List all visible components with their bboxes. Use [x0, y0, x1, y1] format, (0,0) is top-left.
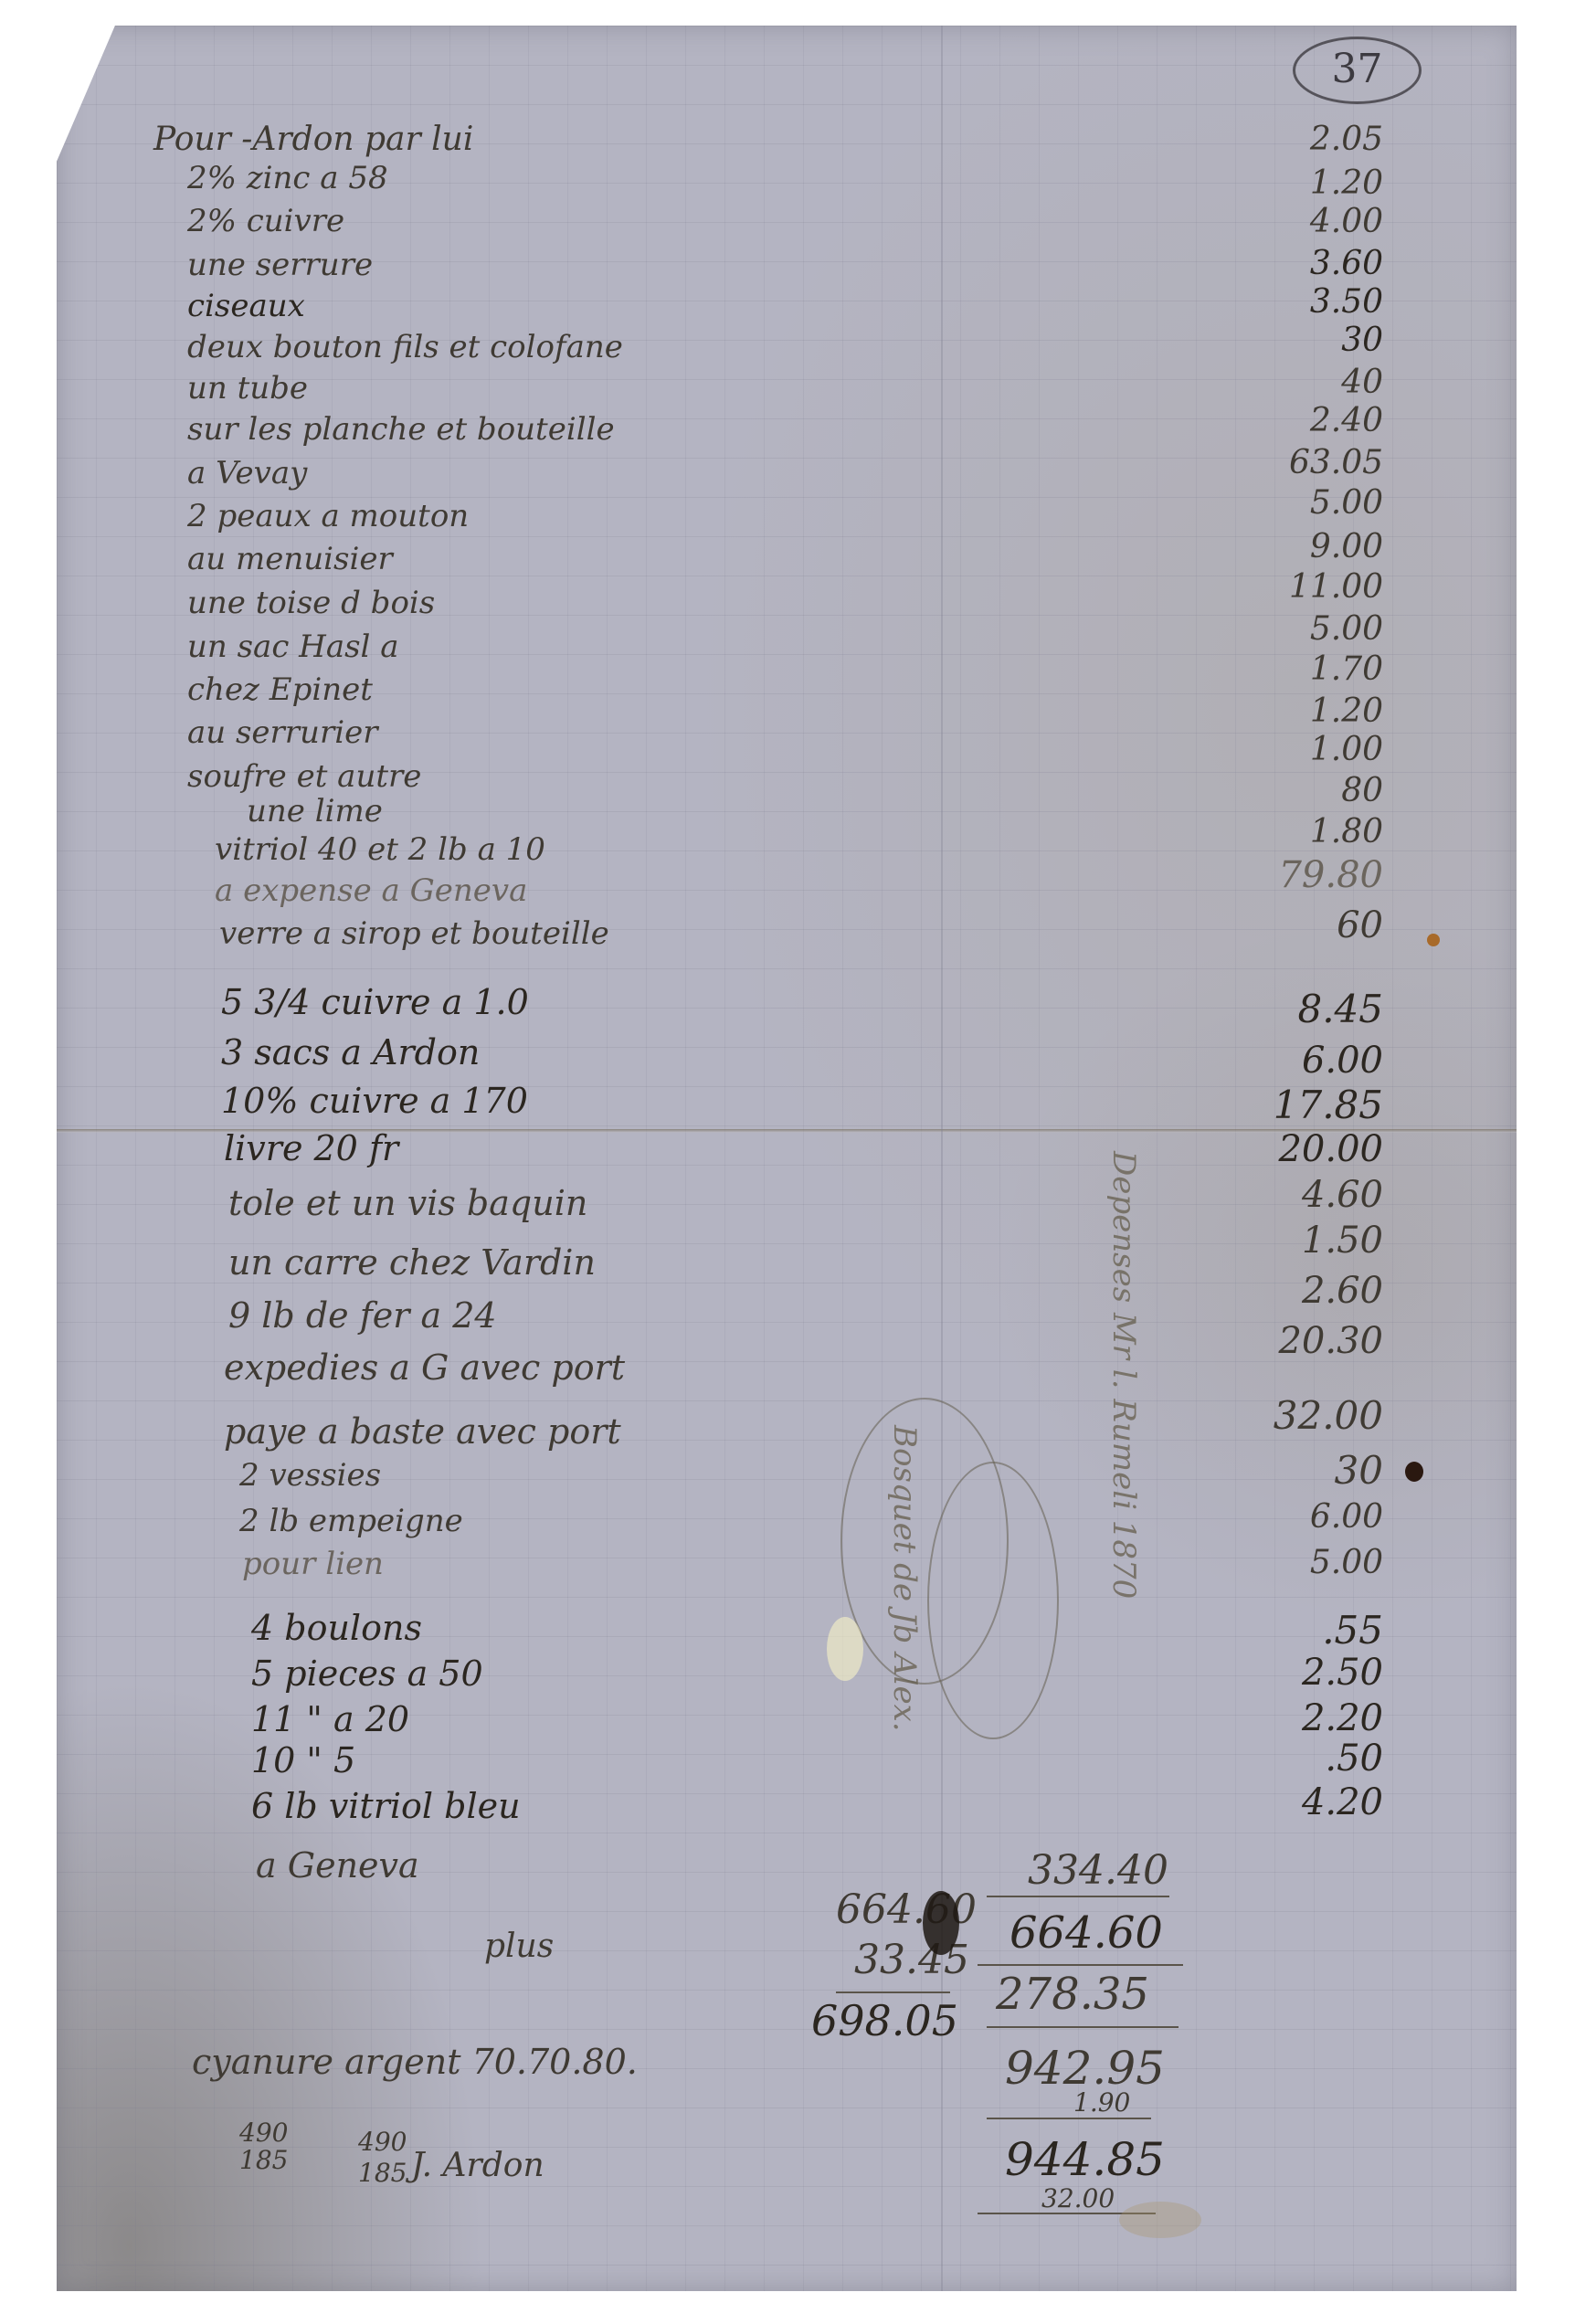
line-item: 9 lb de fer a 24 — [228, 1295, 497, 1336]
line-item: chez Epinet — [187, 671, 373, 708]
line-item: 10 " 5 — [251, 1740, 355, 1780]
line-item: 4 boulons — [251, 1608, 422, 1648]
line-amount: 4.00 — [1200, 203, 1383, 240]
line-item: verre a sirop et bouteille — [219, 915, 609, 952]
right-minus: 1.90 — [1073, 2087, 1130, 2118]
line-item: vitriol 40 et 2 lb a 10 — [215, 831, 545, 868]
line-amount: 1.00 — [1200, 731, 1383, 768]
line-item: au serrurier — [187, 714, 377, 751]
ink-spot — [1405, 1462, 1423, 1482]
line-amount: 1.80 — [1200, 813, 1383, 850]
line-item: 10% cuivre a 170 — [221, 1081, 528, 1121]
line-amount: 20.30 — [1200, 1320, 1383, 1362]
line-amount: 5.00 — [1200, 610, 1383, 648]
line-item: 2% zinc a 58 — [187, 160, 388, 196]
line-amount: .50 — [1200, 1738, 1383, 1780]
line-item: a Geneva — [256, 1845, 419, 1886]
right-final: 944.85 — [1005, 2133, 1165, 2186]
line-amount: 40 — [1200, 364, 1383, 401]
line-item: a expense a Geneva — [215, 872, 527, 909]
right-carry: 664.60 — [1009, 1907, 1163, 1959]
sum-rule — [836, 1991, 950, 1993]
line-amount: 5.00 — [1200, 1544, 1383, 1581]
sum-rule — [987, 2118, 1151, 2119]
line-amount: 2.60 — [1200, 1270, 1383, 1312]
line-amount: 2.40 — [1200, 402, 1383, 439]
line-amount: 3.50 — [1200, 283, 1383, 321]
line-amount: 20.00 — [1200, 1128, 1383, 1170]
line-amount: 11.00 — [1200, 568, 1383, 606]
line-amount: 4.20 — [1200, 1781, 1383, 1823]
line-item: paye a baste avec port — [224, 1411, 621, 1452]
line-amount: 6.00 — [1200, 1498, 1383, 1536]
line-amount: 80 — [1200, 772, 1383, 809]
sum-rule — [987, 2026, 1179, 2028]
left-sum-total: 698.05 — [811, 1996, 958, 2045]
line-item: 5 pieces a 50 — [251, 1653, 483, 1694]
line-item: sur les planche et bouteille — [187, 411, 615, 448]
line-item: 2 lb empeigne — [239, 1503, 463, 1539]
line-item: un sac Hasl a — [187, 629, 399, 665]
line-item: a Vevay — [187, 455, 307, 491]
line-item: 3 sacs a Ardon — [221, 1032, 480, 1072]
line-item: 2 peaux a mouton — [187, 498, 469, 534]
line-amount: 2.05 — [1200, 121, 1383, 158]
line-amount: 2.20 — [1200, 1697, 1383, 1739]
line-amount: 2.50 — [1200, 1652, 1383, 1694]
line-amount: 6.00 — [1200, 1040, 1383, 1082]
line-item: deux bouton fils et colofane — [187, 329, 623, 365]
line-amount: 30 — [1200, 1448, 1383, 1493]
line-item: ciseaux — [187, 288, 305, 324]
line-amount: 1.70 — [1200, 650, 1383, 688]
bottom-num-b-bottom: 185 — [358, 2158, 407, 2188]
line-item: 2% cuivre — [187, 203, 344, 239]
line-amount: 4.60 — [1200, 1174, 1383, 1216]
page-number: 37 — [1293, 37, 1422, 104]
line-item: pour lien — [242, 1546, 384, 1582]
flourish-oval — [927, 1462, 1059, 1739]
line-item: tole et un vis baquin — [228, 1183, 587, 1223]
sum-rule — [978, 1964, 1183, 1966]
line-amount: 79.80 — [1200, 854, 1383, 896]
line-item: livre 20 fr — [224, 1128, 398, 1168]
line-item: un carre chez Vardin — [228, 1242, 596, 1283]
right-add: 278.35 — [996, 1969, 1149, 2020]
line-item: une lime — [247, 793, 383, 829]
line-amount: 63.05 — [1200, 444, 1383, 481]
plus-label: plus — [484, 1928, 554, 1965]
line-item: 2 vessies — [239, 1457, 381, 1494]
line-item: une serrure — [187, 247, 373, 283]
bottom-num-b-top: 490 — [358, 2127, 407, 2157]
line-amount: 60 — [1200, 904, 1383, 946]
ink-blot — [923, 1891, 959, 1955]
line-amount: 1.50 — [1200, 1220, 1383, 1262]
stain — [1119, 2202, 1201, 2238]
line-amount: 3.60 — [1200, 245, 1383, 282]
line-amount: 30 — [1200, 322, 1383, 359]
line-item: expedies a G avec port — [224, 1347, 625, 1388]
line-amount: 8.45 — [1200, 987, 1383, 1031]
cyanure-line: cyanure argent 70.70.80. — [192, 2042, 638, 2082]
sum-rule — [987, 1896, 1169, 1897]
right-subtotal: 334.40 — [1028, 1847, 1168, 1894]
line-item: 6 lb vitriol bleu — [251, 1786, 521, 1826]
bottom-num-a-bottom: 185 — [239, 2145, 288, 2175]
bottom-num-a-top: 490 — [239, 2118, 288, 2148]
vertical-note: Depenses Mr l. Rumeli 1870 — [1105, 1151, 1142, 1599]
line-item: au menuisier — [187, 541, 393, 577]
line-amount: 1.20 — [1200, 164, 1383, 202]
right-final-low: 32.00 — [1041, 2183, 1115, 2213]
line-item: soufre et autre — [187, 758, 421, 795]
light-glare — [827, 1617, 863, 1681]
line-amount: 1.20 — [1200, 692, 1383, 730]
line-item: Pour -Ardon par lui — [153, 121, 473, 158]
signature: J. Ardon — [411, 2147, 544, 2184]
line-item: une toise d bois — [187, 585, 435, 621]
line-amount: 5.00 — [1200, 484, 1383, 522]
line-amount: .55 — [1200, 1608, 1383, 1653]
ink-spot — [1427, 934, 1440, 946]
line-amount: 32.00 — [1200, 1393, 1383, 1438]
line-amount: 9.00 — [1200, 528, 1383, 565]
line-amount: 17.85 — [1200, 1083, 1383, 1127]
line-item: un tube — [187, 370, 308, 407]
line-item: 5 3/4 cuivre a 1.0 — [221, 982, 529, 1022]
line-item: 11 " a 20 — [251, 1699, 409, 1739]
